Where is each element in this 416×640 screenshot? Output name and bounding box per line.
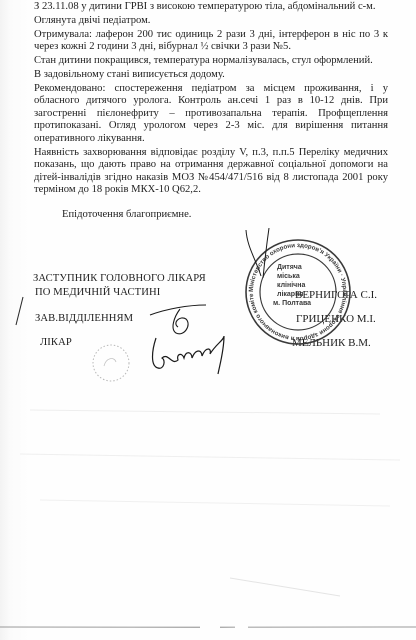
epidemiological-conclusion: Епідоточення благоприємне. (62, 209, 191, 220)
paragraph-illness: З 23.11.08 у дитини ГРВІ з високою темпе… (34, 1, 388, 14)
scanned-page: З 23.11.08 у дитини ГРВІ з високою темпе… (0, 0, 416, 640)
svg-text:клінічна: клінічна (277, 281, 305, 289)
paragraph-treatment: Отримувала: лаферон 200 тис одиниць 2 ра… (34, 29, 388, 54)
pen-stroke-icon (243, 228, 273, 283)
paragraph-disability-basis: Наявність захворювання відповідає розділ… (34, 147, 388, 197)
role-deputy-chief-line2: ПО МЕДИЧНІЙ ЧАСТИНІ (35, 287, 160, 298)
signature-doctor-icon (148, 330, 238, 378)
paragraph-condition: Стан дитини покращився, температура норм… (34, 55, 388, 68)
page-bottom-edge (0, 626, 416, 628)
svg-text:Дитяча: Дитяча (277, 264, 302, 271)
svg-text:м. Полтава: м. Полтава (273, 300, 311, 307)
role-deputy-chief: ЗАСТУПНИК ГОЛОВНОГО ЛІКАРЯ (33, 273, 206, 284)
svg-text:лікарня: лікарня (277, 290, 303, 298)
discharge-text: З 23.11.08 у дитини ГРВІ з високою темпе… (34, 1, 388, 198)
paragraph-discharge: В задовільному стані виписується додому. (34, 69, 388, 82)
paragraph-recommendations: Рекомендовано: спостереження педіатром з… (34, 83, 388, 146)
svg-text:міська: міська (277, 272, 300, 280)
paragraph-examined: Оглянута двічі педіатром. (34, 15, 388, 28)
scan-artifacts (0, 390, 416, 620)
role-head-of-department: ЗАВ.ВІДДІЛЕННЯМ (35, 313, 133, 324)
margin-slash-mark-icon (14, 296, 24, 326)
faint-seal-icon (88, 340, 134, 386)
role-doctor: ЛІКАР (40, 337, 72, 348)
